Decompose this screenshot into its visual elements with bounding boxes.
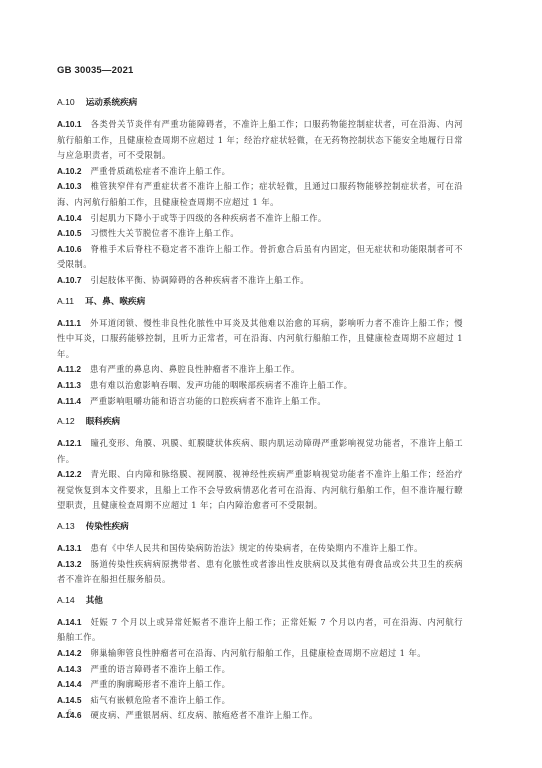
section-number: A.13 <box>57 521 75 531</box>
clause-number: A.10.1 <box>57 119 81 129</box>
clause-number: A.11.1 <box>57 318 81 328</box>
clause-text: 患有难以治愈影响吞咽、发声功能的咽喉部疾病者不准许上船工作。 <box>90 380 352 390</box>
clause-text: 瞳孔变形、角膜、巩膜、虹膜睫状体疾病、眼内肌运动障碍严重影响视觉功能者，不准许上… <box>57 438 463 464</box>
section-title: 运动系统疾病 <box>86 98 138 108</box>
section-number: A.12 <box>57 416 75 426</box>
clause-number: A.13.1 <box>57 543 81 553</box>
clause-text: 妊娠 7 个月以上或异常妊娠者不准许上船工作；正常妊娠 7 个月以内者，可在沿海… <box>57 617 463 643</box>
clause: A.14.2卵巢输卵管良性肿瘤者可在沿海、内河航行船舶工作，且健康检查周期不应超… <box>57 646 463 662</box>
section-number: A.14 <box>57 595 75 605</box>
clause: A.10.2严重骨质疏松症者不准许上船工作。 <box>57 164 463 180</box>
clause: A.10.1各类骨关节炎伴有严重功能障碍者，不准许上船工作；口服药物能控制症状者… <box>57 117 463 164</box>
clause: A.10.5习惯性大关节脱位者不准许上船工作。 <box>57 226 463 242</box>
clause-text: 引起肌力下降小于或等于四级的各种疾病者不准许上船工作。 <box>90 213 326 223</box>
clause: A.14.5疝气有嵌顿危险者不准许上船工作。 <box>57 693 463 709</box>
clause-number: A.12.1 <box>57 438 81 448</box>
clause-number: A.10.4 <box>57 213 81 223</box>
clause-text: 患有严重的鼻息肉、鼻腔良性肿瘤者不准许上船工作。 <box>90 364 300 374</box>
document-body: A.10运动系统疾病 A.10.1各类骨关节炎伴有严重功能障碍者，不准许上船工作… <box>57 95 463 724</box>
clause: A.14.3严重的语言障碍者不准许上船工作。 <box>57 662 463 678</box>
clause-number: A.11.4 <box>57 396 81 406</box>
section-number: A.10 <box>57 97 75 107</box>
section-title: 眼科疾病 <box>86 417 120 427</box>
clause: A.13.2肠道传染性疾病病原携带者、患有化脓性或者渗出性皮肤病以及其他有碍食品… <box>57 557 463 588</box>
clause-text: 引起肢体平衡、协调障碍的各种疾病者不准许上船工作。 <box>90 275 309 285</box>
section-heading-a11: A.11耳、鼻、喉疾病 <box>57 294 463 309</box>
standard-code: GB 30035—2021 <box>57 65 134 76</box>
clause: A.10.6脊椎手术后脊柱不稳定者不准许上船工作。骨折愈合后虽有内固定，但无症状… <box>57 242 463 273</box>
clause-text: 严重的语言障碍者不准许上船工作。 <box>90 664 230 674</box>
clause-number: A.10.6 <box>57 244 81 254</box>
clause-text: 外耳道闭锁、慢性非良性化脓性中耳炎及其他难以治愈的耳病，影响听力者不准许上船工作… <box>57 318 463 359</box>
clause-text: 脊椎手术后脊柱不稳定者不准许上船工作。骨折愈合后虽有内固定，但无症状和功能限制者… <box>57 244 463 270</box>
clause: A.14.6硬皮病、严重银屑病、红皮病、脓疱疮者不准许上船工作。 <box>57 708 463 724</box>
clause-number: A.11.3 <box>57 380 81 390</box>
clause: A.10.4引起肌力下降小于或等于四级的各种疾病者不准许上船工作。 <box>57 211 463 227</box>
clause-number: A.14.4 <box>57 679 81 689</box>
clause-number: A.10.3 <box>57 181 81 191</box>
clause-text: 硬皮病、严重银屑病、红皮病、脓疱疮者不准许上船工作。 <box>90 710 317 720</box>
clause-text: 习惯性大关节脱位者不准许上船工作。 <box>90 228 239 238</box>
clause-number: A.14.1 <box>57 617 81 627</box>
clause: A.11.4严重影响咀嚼功能和语言功能的口腔疾病者不准许上船工作。 <box>57 394 463 410</box>
clause: A.11.3患有难以治愈影响吞咽、发声功能的咽喉部疾病者不准许上船工作。 <box>57 378 463 394</box>
clause: A.12.2青光眼、白内障和脉络膜、视网膜、视神经性疾病严重影响视觉功能者不准许… <box>57 467 463 514</box>
clause-text: 患有《中华人民共和国传染病防治法》规定的传染病者，在传染期内不准许上船工作。 <box>90 543 422 553</box>
clause-text: 严重骨质疏松症者不准许上船工作。 <box>90 166 230 176</box>
page-number: 6 <box>68 708 72 716</box>
section-heading-a10: A.10运动系统疾病 <box>57 95 463 110</box>
section-number: A.11 <box>57 296 74 306</box>
clause-number: A.10.7 <box>57 275 81 285</box>
clause-number: A.12.2 <box>57 469 81 479</box>
clause: A.11.2患有严重的鼻息肉、鼻腔良性肿瘤者不准许上船工作。 <box>57 362 463 378</box>
clause-number: A.14.3 <box>57 664 81 674</box>
clause-number: A.13.2 <box>57 559 81 569</box>
clause-number: A.14.5 <box>57 695 81 705</box>
section-title: 传染性疾病 <box>86 522 129 532</box>
clause-text: 疝气有嵌顿危险者不准许上船工作。 <box>90 695 230 705</box>
clause-text: 各类骨关节炎伴有严重功能障碍者，不准许上船工作；口服药物能控制症状者，可在沿海、… <box>57 119 463 160</box>
clause-text: 肠道传染性疾病病原携带者、患有化脓性或者渗出性皮肤病以及其他有碍食品或公共卫生的… <box>57 559 463 585</box>
clause-number: A.10.5 <box>57 228 81 238</box>
clause-text: 椎管狭窄伴有严重症状者不准许上船工作；症状轻微，且通过口服药物能够控制症状者，可… <box>57 181 463 207</box>
clause: A.14.4严重的胸廓畸形者不准许上船工作。 <box>57 677 463 693</box>
clause-text: 严重影响咀嚼功能和语言功能的口腔疾病者不准许上船工作。 <box>90 396 326 406</box>
clause-number: A.11.2 <box>57 364 81 374</box>
clause-text: 严重的胸廓畸形者不准许上船工作。 <box>90 679 230 689</box>
clause-number: A.10.2 <box>57 166 81 176</box>
clause-text: 青光眼、白内障和脉络膜、视网膜、视神经性疾病严重影响视觉功能者不准许上船工作；经… <box>57 469 463 510</box>
clause-number: A.14.2 <box>57 648 81 658</box>
section-title: 耳、鼻、喉疾病 <box>85 297 145 307</box>
clause: A.11.1外耳道闭锁、慢性非良性化脓性中耳炎及其他难以治愈的耳病，影响听力者不… <box>57 316 463 363</box>
section-heading-a14: A.14其他 <box>57 593 463 608</box>
clause-text: 卵巢输卵管良性肿瘤者可在沿海、内河航行船舶工作，且健康检查周期不应超过 1 年。 <box>90 648 426 658</box>
clause: A.13.1患有《中华人民共和国传染病防治法》规定的传染病者，在传染期内不准许上… <box>57 541 463 557</box>
section-heading-a12: A.12眼科疾病 <box>57 414 463 429</box>
clause: A.10.7引起肢体平衡、协调障碍的各种疾病者不准许上船工作。 <box>57 273 463 289</box>
section-title: 其他 <box>86 596 103 606</box>
section-heading-a13: A.13传染性疾病 <box>57 519 463 534</box>
clause: A.10.3椎管狭窄伴有严重症状者不准许上船工作；症状轻微，且通过口服药物能够控… <box>57 179 463 210</box>
clause: A.14.1妊娠 7 个月以上或异常妊娠者不准许上船工作；正常妊娠 7 个月以内… <box>57 615 463 646</box>
clause: A.12.1瞳孔变形、角膜、巩膜、虹膜睫状体疾病、眼内肌运动障碍严重影响视觉功能… <box>57 436 463 467</box>
